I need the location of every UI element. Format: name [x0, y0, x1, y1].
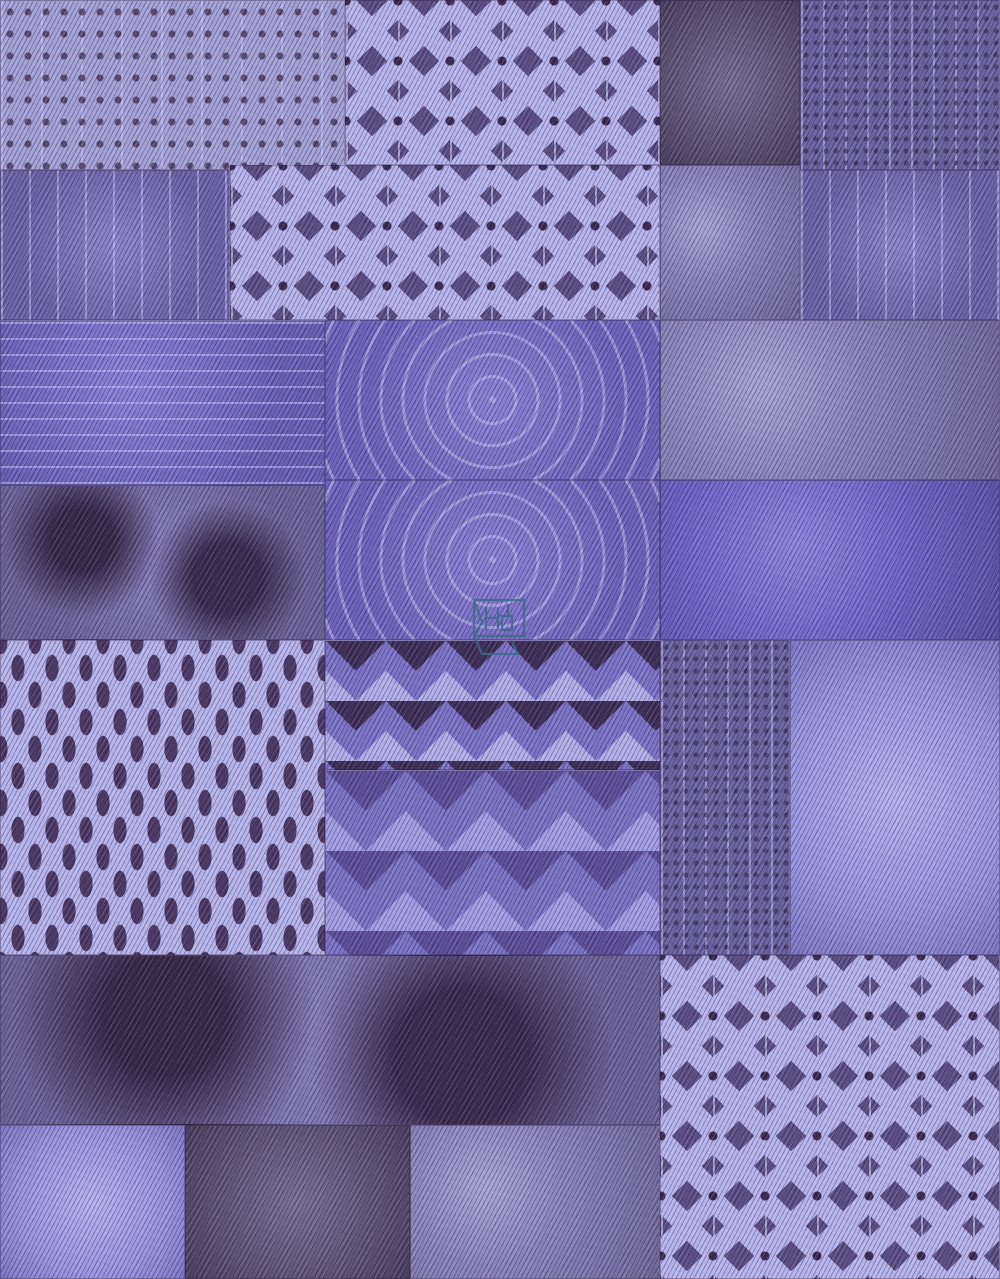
- rug-patch: [345, 0, 660, 165]
- rug-patch: [660, 955, 1000, 1279]
- logo-mark-icon: [468, 596, 530, 660]
- rug-patch: [800, 170, 1000, 320]
- rug-patch: [660, 640, 790, 955]
- rug-patch: [325, 320, 660, 480]
- rug-patch: [660, 165, 800, 320]
- rug-patch: [325, 770, 660, 955]
- rug-patch: [0, 320, 325, 485]
- rug-patch: [0, 955, 660, 1125]
- rug-patch: [0, 640, 325, 955]
- rug-patch: [410, 1125, 660, 1279]
- rug-patch: [0, 485, 325, 640]
- rug-patch: [0, 1125, 185, 1279]
- rug-patch: [660, 0, 800, 165]
- rug-patch: [660, 480, 1000, 640]
- rug-patch: [790, 640, 1000, 955]
- rug-patch: [0, 0, 345, 170]
- rug-patch: [230, 165, 660, 320]
- patchwork-rug-image: [0, 0, 1000, 1279]
- rug-patch: [660, 320, 1000, 480]
- rug-patch: [185, 1125, 410, 1279]
- rug-patch: [800, 0, 1000, 170]
- rug-patch: [0, 170, 230, 320]
